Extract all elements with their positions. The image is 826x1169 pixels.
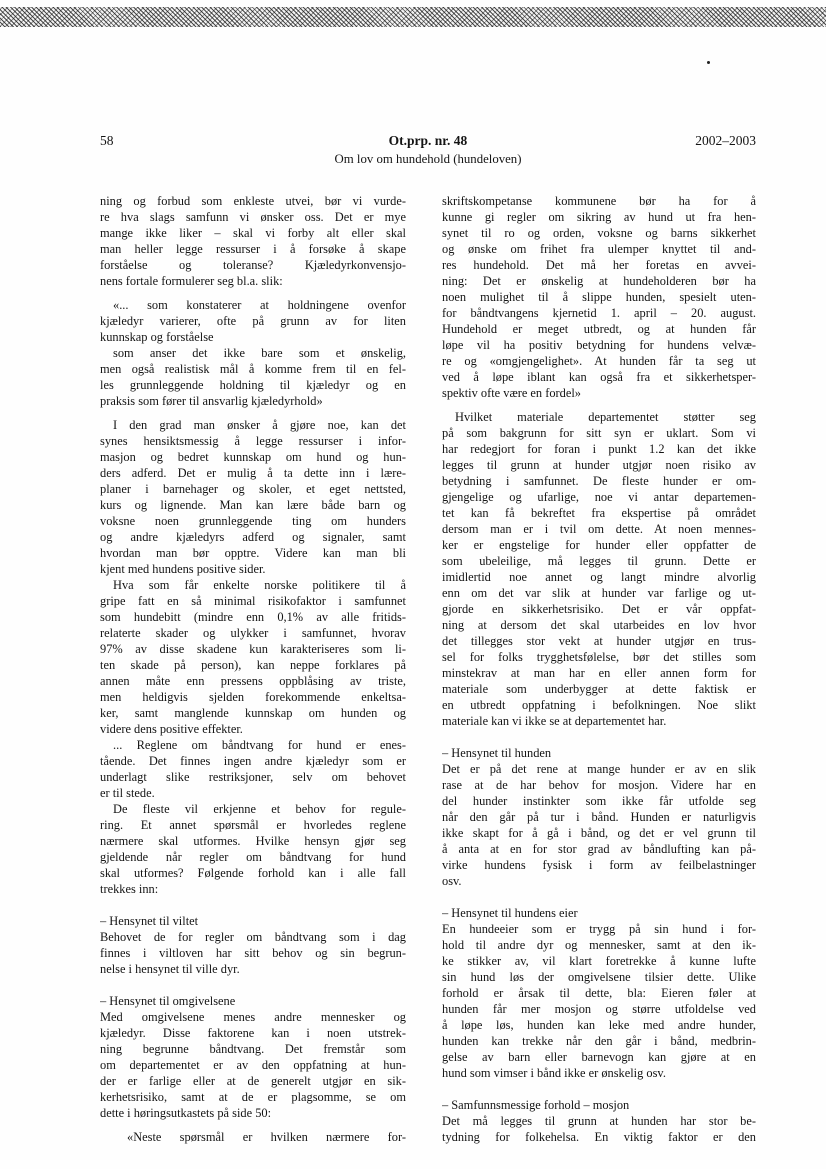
text-line: en utbredt oppfatning i befolkningen. No… bbox=[442, 697, 756, 713]
paragraph: En hundeeier som er trygg på sin hund i … bbox=[442, 921, 756, 1081]
text-line: synet til ro og orden, voksne og barns s… bbox=[442, 225, 756, 241]
text-line: hunden kan trekke når den går i bånd, me… bbox=[442, 1033, 756, 1049]
text-line: osv. bbox=[442, 873, 756, 889]
text-line: som anser det ikke bare som et ønskelig, bbox=[100, 345, 406, 361]
section-heading: – Hensynet til viltet bbox=[100, 913, 406, 929]
text-line: «... som konstaterer at holdningene oven… bbox=[100, 297, 406, 313]
text-line: ders adferd. Det er mulig å ta dette inn… bbox=[100, 465, 406, 481]
text-line: forhold er årsak til dette, bla: Eieren … bbox=[442, 985, 756, 1001]
text-line: ring. Et annet spørsmål er hvorledes reg… bbox=[100, 817, 406, 833]
text-line: og ønske om frihet fra ulemper knyttet t… bbox=[442, 241, 756, 257]
paragraph: Hvilket materiale departementet støtter … bbox=[442, 409, 756, 729]
text-line: les grunnleggende holdning til kjæledyr … bbox=[100, 377, 406, 393]
text-line: ke stikker av, vil klart foretrekke å ku… bbox=[442, 953, 756, 969]
text-line: kurs og lignende. Man kan lære både barn… bbox=[100, 497, 406, 513]
text-line: ning: Det er ønskelig at hundeholderen b… bbox=[442, 273, 756, 289]
text-line: dette i høringsutkastets på side 50: bbox=[100, 1105, 406, 1121]
text-line: – Hensynet til hunden bbox=[442, 745, 756, 761]
text-line: kerhetsrisiko, samt at de er plagsomme, … bbox=[100, 1089, 406, 1105]
text-line: hunden får mer mosjon og større utfoldel… bbox=[442, 1001, 756, 1017]
text-line: å løpe løs, hunden kan leke med andre hu… bbox=[442, 1017, 756, 1033]
text-line: er til stede. bbox=[100, 785, 406, 801]
text-line: – Hensynet til viltet bbox=[100, 913, 406, 929]
text-line: imidlertid noe annet og langt mindre alv… bbox=[442, 569, 756, 585]
text-line: har redegjort for foran i punkt 1.2 kan … bbox=[442, 441, 756, 457]
page-number: 58 bbox=[100, 133, 210, 149]
text-line: del hunder instinkter som ikke får utfol… bbox=[442, 793, 756, 809]
text-line: relaterte skader og ulykker i samfunnet,… bbox=[100, 625, 406, 641]
text-line: voksne noen grunnleggende ting om hunder… bbox=[100, 513, 406, 529]
text-line: synes hensiktsmessig å legge ressurser i… bbox=[100, 433, 406, 449]
text-line: gjorde en sikkerhetsrisiko. Det er vår o… bbox=[442, 601, 756, 617]
text-line: noen mulighet til å slippe hunden, spesi… bbox=[442, 289, 756, 305]
text-line: legges til grunn at hunder utgjør noen r… bbox=[442, 457, 756, 473]
document-subtitle: Om lov om hundehold (hundeloven) bbox=[210, 151, 646, 167]
section-heading: – Hensynet til omgivelsene bbox=[100, 993, 406, 1009]
text-line: ning at dersom det skal utarbeides en lo… bbox=[442, 617, 756, 633]
text-line: ker, samt manglende kunnskap om hunden o… bbox=[100, 705, 406, 721]
text-line: – Samfunnsmessige forhold – mosjon bbox=[442, 1097, 756, 1113]
text-line: for båndtvangens kjernetid 1. april – 20… bbox=[442, 305, 756, 321]
text-line: hold til andre dyr og mennesker, samt at… bbox=[442, 937, 756, 953]
scan-speck bbox=[707, 61, 710, 64]
text-line: men også realistisk mål å komme frem til… bbox=[100, 361, 406, 377]
paragraph: Hva som får enkelte norske politikere ti… bbox=[100, 577, 406, 737]
paragraph: Behovet de for regler om båndtvang som i… bbox=[100, 929, 406, 977]
quote-paragraph: skriftskompetanse kommunene bør ha for å… bbox=[442, 193, 756, 401]
session-years: 2002–2003 bbox=[646, 133, 756, 149]
text-line: og andre kjæledyrs adferd og signaler, s… bbox=[100, 529, 406, 545]
text-line: Med omgivelsene menes andre mennesker og bbox=[100, 1009, 406, 1025]
text-line: virke hundens fysisk i form av feilbelas… bbox=[442, 857, 756, 873]
text-line: «Neste spørsmål er hvilken nærmere for- bbox=[100, 1129, 406, 1145]
text-line: tet kan få bekreftet fra ekspertise på o… bbox=[442, 505, 756, 521]
text-line: kunnskap og forståelse bbox=[100, 329, 406, 345]
page-header: 58 Ot.prp. nr. 48 Om lov om hundehold (h… bbox=[100, 133, 756, 167]
text-line: – Hensynet til omgivelsene bbox=[100, 993, 406, 1009]
text-line: Det må legges til grunn at hunden har st… bbox=[442, 1113, 756, 1129]
document-page: 58 Ot.prp. nr. 48 Om lov om hundehold (h… bbox=[0, 0, 826, 1169]
text-line: minstekrav at man har en eller annen for… bbox=[442, 665, 756, 681]
text-line: når den går på tur i bånd. Hunden er nat… bbox=[442, 809, 756, 825]
text-line: materiale som underbygger at dette fakti… bbox=[442, 681, 756, 697]
left-column: ning og forbud som enkleste utvei, bør v… bbox=[100, 193, 406, 1145]
text-line: men heldigvis sjelden forekommende enkel… bbox=[100, 689, 406, 705]
text-line: dersom man er i tvil om dette. At noen m… bbox=[442, 521, 756, 537]
text-line: Behovet de for regler om båndtvang som i… bbox=[100, 929, 406, 945]
right-column: skriftskompetanse kommunene bør ha for å… bbox=[442, 193, 756, 1145]
text-line: gripe fatt en så minimal risikofaktor i … bbox=[100, 593, 406, 609]
text-line: praksis som fører til ansvarlig kjæledyr… bbox=[100, 393, 406, 409]
section-heading: – Samfunnsmessige forhold – mosjon bbox=[442, 1097, 756, 1113]
text-line: annen måte enn pressens oppblåsing av tr… bbox=[100, 673, 406, 689]
text-line: En hundeeier som er trygg på sin hund i … bbox=[442, 921, 756, 937]
text-line: mange ikke liker – skal vi forby alt ell… bbox=[100, 225, 406, 241]
text-line: nærmere skal utformes. Hvilke hensyn gjø… bbox=[100, 833, 406, 849]
text-line: ning begrunne båndtvang. Det fremstår so… bbox=[100, 1041, 406, 1057]
text-line: ikke skapt for å gå i bånd, og det er ve… bbox=[442, 825, 756, 841]
document-title: Ot.prp. nr. 48 bbox=[210, 133, 646, 149]
text-line: gelse av barn eller barnevogn kan gjøre … bbox=[442, 1049, 756, 1065]
quote-paragraph: som anser det ikke bare som et ønskelig,… bbox=[100, 345, 406, 409]
text-line: gjengelige og ufarlige, noe vi antar dep… bbox=[442, 489, 756, 505]
text-line: enn om det var slik at hunder var farlig… bbox=[442, 585, 756, 601]
text-line: kjæledyr. Disse faktorene kan i noen uts… bbox=[100, 1025, 406, 1041]
text-line: rase at de har behov for mosjon. Videre … bbox=[442, 777, 756, 793]
text-line: skriftskompetanse kommunene bør ha for å bbox=[442, 193, 756, 209]
text-line: som hundebitt (mindre enn 0,1% av alle f… bbox=[100, 609, 406, 625]
text-line: det tillegges stor vekt at hunder utgjør… bbox=[442, 633, 756, 649]
text-line: videre dens positive effekter. bbox=[100, 721, 406, 737]
quote-paragraph: «... som konstaterer at holdningene oven… bbox=[100, 297, 406, 345]
text-line: I den grad man ønsker å gjøre noe, kan d… bbox=[100, 417, 406, 433]
text-line: Hvilket materiale departementet støtter … bbox=[442, 409, 756, 425]
text-line: skal utformes? Følgende forhold kan i al… bbox=[100, 865, 406, 881]
text-line: nens fortale formulerer seg bl.a. slik: bbox=[100, 273, 406, 289]
text-line: hund som vimser i bånd ikke er ønskelig … bbox=[442, 1065, 756, 1081]
section-heading: – Hensynet til hundens eier bbox=[442, 905, 756, 921]
quote-paragraph: «Neste spørsmål er hvilken nærmere for- bbox=[100, 1129, 406, 1145]
text-line: kunne gi regler om sikring av hund ut fr… bbox=[442, 209, 756, 225]
text-line: der er farlige eller at de generelt utgj… bbox=[100, 1073, 406, 1089]
text-line: på som bakgrunn for sitt syn er uklart. … bbox=[442, 425, 756, 441]
text-line: ning og forbud som enkleste utvei, bør v… bbox=[100, 193, 406, 209]
text-line: trekkes inn: bbox=[100, 881, 406, 897]
text-line: sin hund løs der omgivelsene tilsier det… bbox=[442, 969, 756, 985]
text-line: Hundehold er meget utbredt, og at hunden… bbox=[442, 321, 756, 337]
text-line: sel for folks trygghetsfølelse, bør det … bbox=[442, 649, 756, 665]
paragraph: De fleste vil erkjenne et behov for regu… bbox=[100, 801, 406, 897]
text-line: om departementet er av den oppfatning at… bbox=[100, 1057, 406, 1073]
text-line: tydning for folkehelsa. En viktig faktor… bbox=[442, 1129, 756, 1145]
text-line: De fleste vil erkjenne et behov for regu… bbox=[100, 801, 406, 817]
text-line: kjent med hundens positive sider. bbox=[100, 561, 406, 577]
text-line: Hva som får enkelte norske politikere ti… bbox=[100, 577, 406, 593]
text-line: planer i barnehager og skoler, et eget n… bbox=[100, 481, 406, 497]
paragraph: I den grad man ønsker å gjøre noe, kan d… bbox=[100, 417, 406, 577]
text-line: – Hensynet til hundens eier bbox=[442, 905, 756, 921]
text-line: masjon og bedret kunnskap om hund og hun… bbox=[100, 449, 406, 465]
text-line: å anta at en for stor grad av båndluftin… bbox=[442, 841, 756, 857]
text-line: re hva slags samfunn vi ønsker oss. Det … bbox=[100, 209, 406, 225]
text-line: ... Reglene om båndtvang for hund er ene… bbox=[100, 737, 406, 753]
page-body: ning og forbud som enkleste utvei, bør v… bbox=[100, 193, 756, 1145]
text-line: tående. Det finnes ingen andre kjæledyr … bbox=[100, 753, 406, 769]
paragraph: Med omgivelsene menes andre mennesker og… bbox=[100, 1009, 406, 1121]
text-line: finnes i viltloven har sitt behov og sin… bbox=[100, 945, 406, 961]
text-line: re og «omgjengelighet». At hunden får ta… bbox=[442, 353, 756, 369]
text-line: res hundehold. Det må her foretas en avv… bbox=[442, 257, 756, 273]
paragraph: ning og forbud som enkleste utvei, bør v… bbox=[100, 193, 406, 289]
paragraph: Det må legges til grunn at hunden har st… bbox=[442, 1113, 756, 1145]
text-line: kjæledyr varierer, ofte på grunn av for … bbox=[100, 313, 406, 329]
text-line: som ubeleilige, må legges til grunn. Det… bbox=[442, 553, 756, 569]
text-line: spektiv ofte være en fordel» bbox=[442, 385, 756, 401]
text-line: betydning i samfunnet. De fleste hunder … bbox=[442, 473, 756, 489]
paragraph: Det er på det rene at mange hunder er av… bbox=[442, 761, 756, 889]
text-line: Det er på det rene at mange hunder er av… bbox=[442, 761, 756, 777]
section-heading: – Hensynet til hunden bbox=[442, 745, 756, 761]
scan-noise-band bbox=[0, 7, 826, 27]
text-line: ved å løpe iblant kan også fra et sikker… bbox=[442, 369, 756, 385]
text-line: løpe vil ha positiv betydning for hunden… bbox=[442, 337, 756, 353]
text-line: ten skade på person), kan neppe forklare… bbox=[100, 657, 406, 673]
text-line: nelse i hensynet til ville dyr. bbox=[100, 961, 406, 977]
text-line: gjeldende når regler om båndtvang for hu… bbox=[100, 849, 406, 865]
text-line: hvordan man bør opptre. Videre kan man b… bbox=[100, 545, 406, 561]
paragraph: ... Reglene om båndtvang for hund er ene… bbox=[100, 737, 406, 801]
text-line: ker er engstelige for hunder eller oppfa… bbox=[442, 537, 756, 553]
text-line: man heller legge ressurser i å forsøke å… bbox=[100, 241, 406, 257]
text-line: materiale kan vi ikke se at departemente… bbox=[442, 713, 756, 729]
running-head: Ot.prp. nr. 48 Om lov om hundehold (hund… bbox=[210, 133, 646, 167]
text-line: 97% av disse skadene kun karakteriseres … bbox=[100, 641, 406, 657]
text-line: forståelse og toleranse? Kjæledyrkonvens… bbox=[100, 257, 406, 273]
text-line: underlagt slike restriksjoner, selv om b… bbox=[100, 769, 406, 785]
